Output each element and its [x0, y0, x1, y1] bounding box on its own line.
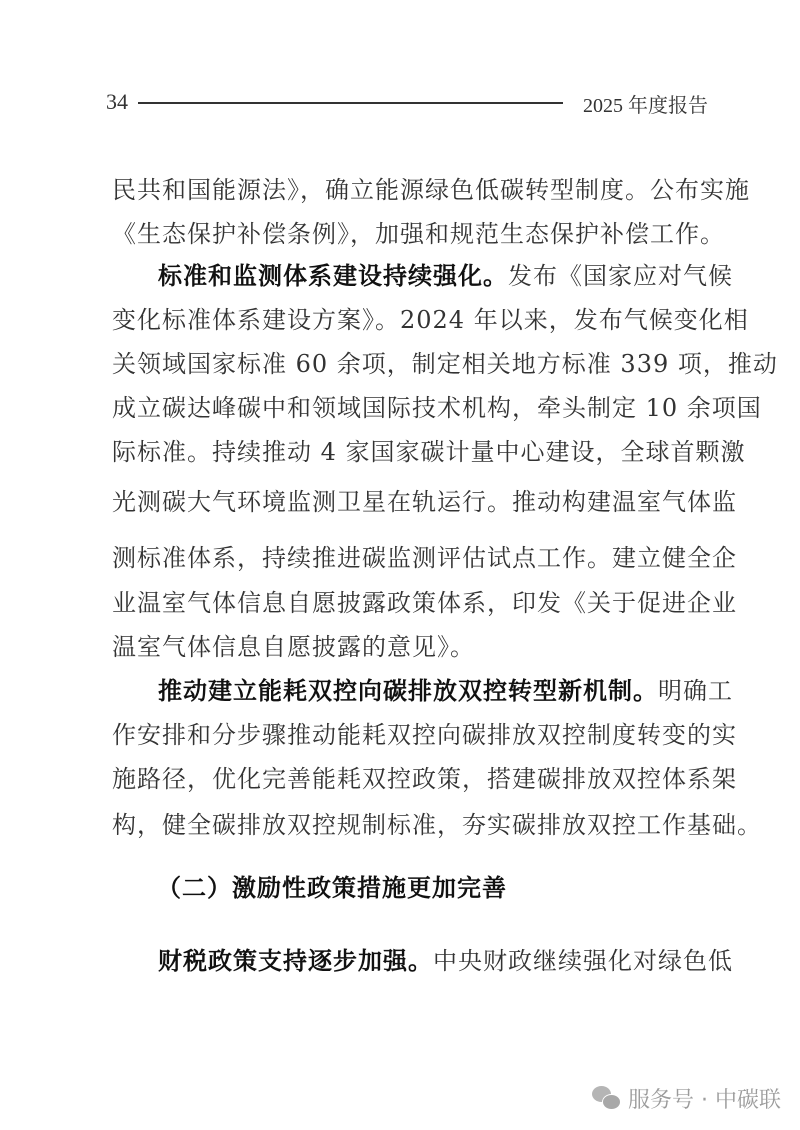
- header-rule: [138, 102, 563, 104]
- text-line: 成立碳达峰碳中和领域国际技术机构，牵头制定 10 余项国: [112, 390, 692, 426]
- text-line: 变化标准体系建设方案》。2024 年以来，发布气候变化相: [112, 302, 692, 338]
- page-number: 34: [106, 89, 128, 115]
- text-line: 光测碳大气环境监测卫星在轨运行。推动构建温室气体监: [112, 484, 692, 520]
- paragraph-lead: 财税政策支持逐步加强。: [158, 946, 433, 975]
- text-line: 民共和国能源法》，确立能源绿色低碳转型制度。公布实施: [112, 172, 692, 208]
- paragraph-lead-line: 推动建立能耗双控向碳排放双控转型新机制。明确工: [158, 673, 692, 709]
- text-line: 业温室气体信息自愿披露政策体系，印发《关于促进企业: [112, 585, 692, 621]
- text-line: 际标准。持续推动 4 家国家碳计量中心建设，全球首颗激: [112, 434, 692, 470]
- text-line: 测标准体系，持续推进碳监测评估试点工作。建立健全企: [112, 540, 692, 576]
- watermark-text: 服务号 · 中碳联: [628, 1083, 781, 1114]
- text-line: 构，健全碳排放双控规制标准，夯实碳排放双控工作基础。: [112, 807, 692, 843]
- text-line: 关领域国家标准 60 余项，制定相关地方标准 339 项，推动: [112, 346, 692, 382]
- paragraph-lead-line: 标准和监测体系建设持续强化。发布《国家应对气候: [158, 258, 692, 294]
- text-line: 《生态保护补偿条例》，加强和规范生态保护补偿工作。: [112, 216, 692, 252]
- report-title: 2025 年度报告: [583, 89, 708, 118]
- text-line: 施路径，优化完善能耗双控政策，搭建碳排放双控体系架: [112, 761, 692, 797]
- paragraph-lead-line: 财税政策支持逐步加强。中央财政继续强化对绿色低: [158, 943, 692, 979]
- text-line: 作安排和分步骤推动能耗双控向碳排放双控制度转变的实: [112, 717, 692, 753]
- watermark: 服务号 · 中碳联: [592, 1082, 781, 1114]
- paragraph-lead: 标准和监测体系建设持续强化。: [158, 261, 508, 290]
- paragraph-lead: 推动建立能耗双控向碳排放双控转型新机制。: [158, 676, 658, 705]
- text-line: 温室气体信息自愿披露的意见》。: [112, 629, 692, 665]
- section-heading: （二）激励性政策措施更加完善: [157, 870, 507, 906]
- wechat-icon: [592, 1086, 620, 1110]
